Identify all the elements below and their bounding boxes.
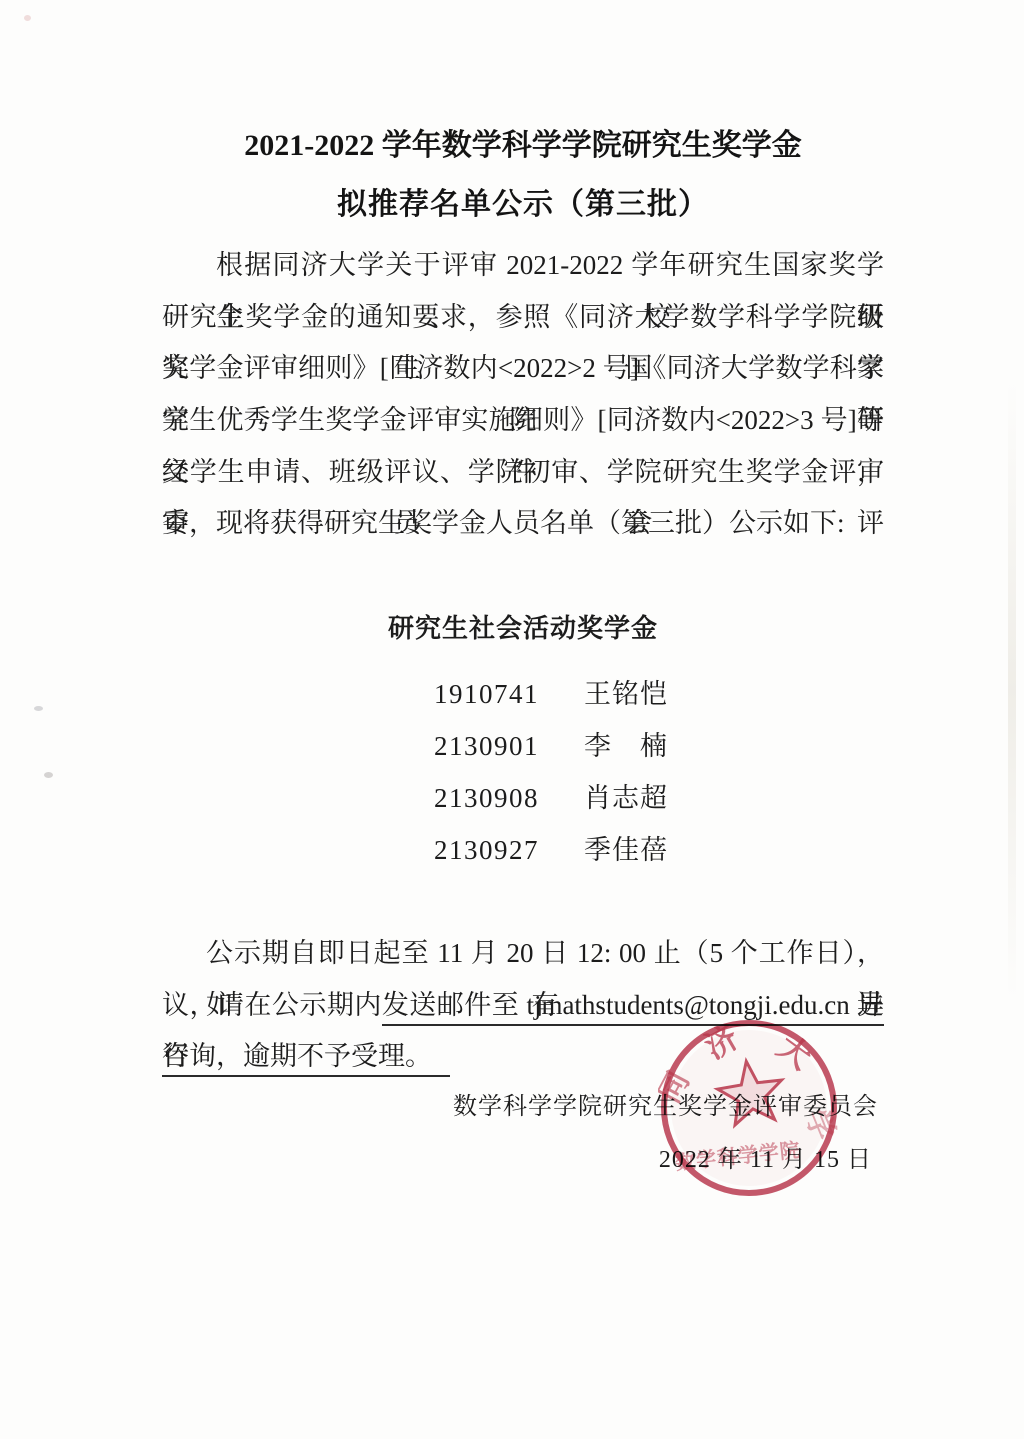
student-row: 1910741王铭恺	[434, 668, 884, 720]
student-row: 2130908肖志超	[434, 772, 884, 824]
document-title-line2: 拟推荐名单公示（第三批）	[162, 187, 884, 223]
scan-speck	[24, 15, 31, 21]
document-title-line1: 2021-2022 学年数学科学学院研究生奖学金	[162, 128, 884, 164]
student-name: 季佳蓓	[584, 835, 668, 865]
student-id: 2130901	[434, 720, 584, 772]
student-list: 1910741王铭恺 2130901李 楠 2130908肖志超 2130927…	[162, 668, 884, 876]
scan-speck	[34, 706, 43, 711]
scan-speck	[44, 772, 53, 778]
paragraph-line: 奖学金评审细则》[同济数内<2022>2 号]《同济大学数学科学学院研	[162, 343, 884, 395]
student-id: 1910741	[434, 668, 584, 720]
official-seal: 同 济 大 学 数学科学学院	[658, 1017, 840, 1199]
student-name: 肖志超	[584, 783, 668, 813]
paragraph-line: 研究生奖学金的通知要求，参照《同济大学数学科学学院研究生国家	[162, 292, 884, 344]
student-id: 2130908	[434, 772, 584, 824]
paragraph-line: 根据同济大学关于评审 2021-2022 学年研究生国家奖学金、校级	[162, 240, 884, 292]
paragraph-line: 经学生申请、班级评议、学院初审、学院研究生奖学金评审委员会评	[162, 447, 884, 499]
scan-edge-artifact	[1008, 380, 1016, 1000]
paragraph-line: 审，现将获得研究生奖学金人员名单（第三批）公示如下:	[162, 498, 884, 550]
intro-paragraph: 根据同济大学关于评审 2021-2022 学年研究生国家奖学金、校级 研究生奖学…	[162, 240, 884, 550]
underlined-closing-text: 咨询，逾期不予受理。	[162, 1041, 450, 1077]
paragraph-line: 公示期自即日起至 11 月 20 日 12: 00 止（5 个工作日），如有异	[162, 928, 884, 980]
line-prefix: 议，请在公示期内	[162, 990, 382, 1020]
student-row: 2130901李 楠	[434, 720, 884, 772]
award-section-heading: 研究生社会活动奖学金	[162, 612, 884, 646]
student-name: 王铭恺	[584, 679, 668, 709]
student-name: 李 楠	[584, 731, 668, 761]
student-row: 2130927季佳蓓	[434, 824, 884, 876]
student-id: 2130927	[434, 824, 584, 876]
scanned-document-page: 2021-2022 学年数学科学学院研究生奖学金 拟推荐名单公示（第三批） 根据…	[0, 0, 1024, 1439]
paragraph-line: 究生优秀学生奖学金评审实施细则》[同济数内<2022>3 号]等文件，	[162, 395, 884, 447]
